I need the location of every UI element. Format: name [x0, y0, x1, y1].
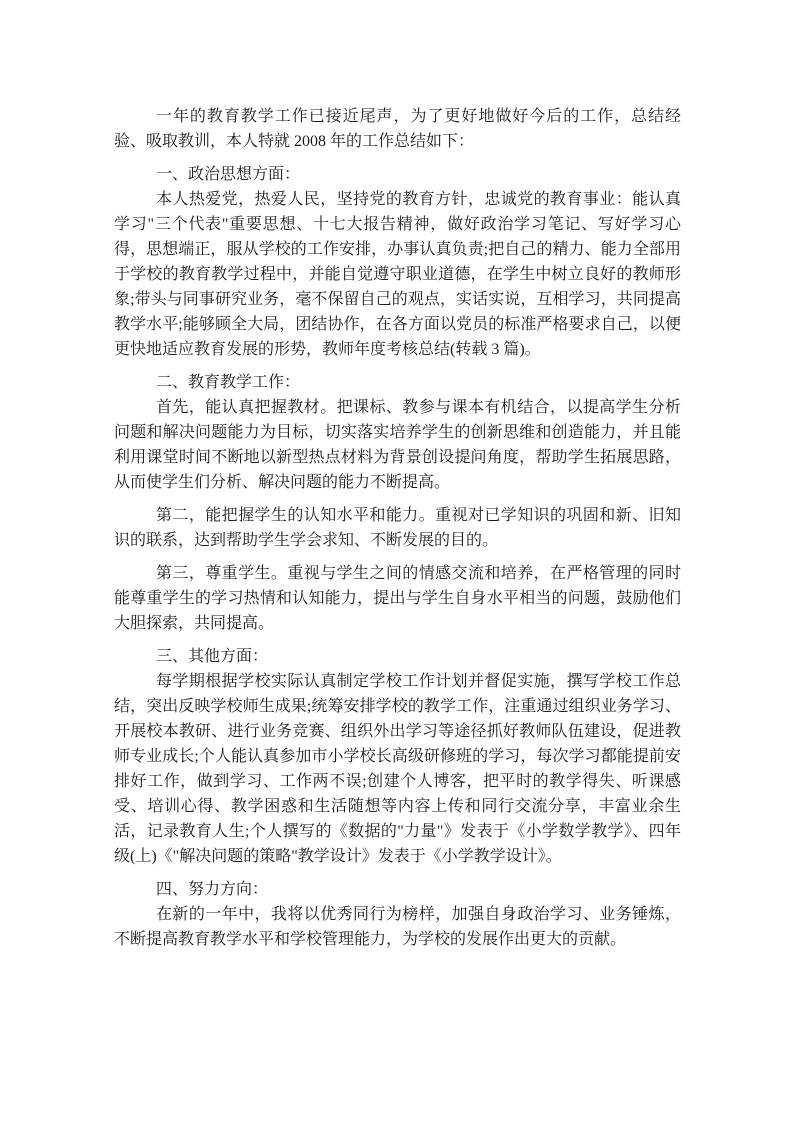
heading-section-4-future-direction: 四、努力方向： [114, 877, 681, 902]
paragraph-opening: 一年的教育教学工作已接近尾声，为了更好地做好今后的工作，总结经验、吸取教训，本人… [114, 104, 681, 154]
paragraph-political-thought: 本人热爱党，热爱人民，坚持党的教育方针，忠诚党的教育事业：能认真学习"三个代表"… [114, 187, 681, 362]
paragraph-teaching-third: 第三，尊重学生。重视与学生之间的情感交流和培养，在严格管理的同时能尊重学生的学习… [114, 561, 681, 636]
document-page: 一年的教育教学工作已接近尾声，为了更好地做好今后的工作，总结经验、吸取教训，本人… [114, 104, 681, 960]
paragraph-other-aspects: 每学期根据学校实际认真制定学校工作计划并督促实施，撰写学校工作总结，突出反映学校… [114, 669, 681, 869]
paragraph-teaching-first: 首先，能认真把握教材。把课标、教参与课本有机结合，以提高学生分析问题和解决问题能… [114, 395, 681, 495]
paragraph-teaching-second: 第二，能把握学生的认知水平和能力。重视对已学知识的巩固和新、旧知识的联系，达到帮… [114, 503, 681, 553]
heading-section-3-other-aspects: 三、其他方面： [114, 644, 681, 669]
heading-section-1-political-thought: 一、政治思想方面： [114, 162, 681, 187]
heading-section-2-teaching-work: 二、教育教学工作： [114, 370, 681, 395]
paragraph-future-direction: 在新的一年中，我将以优秀同行为榜样，加强自身政治学习、业务锤炼，不断提高教育教学… [114, 902, 681, 952]
